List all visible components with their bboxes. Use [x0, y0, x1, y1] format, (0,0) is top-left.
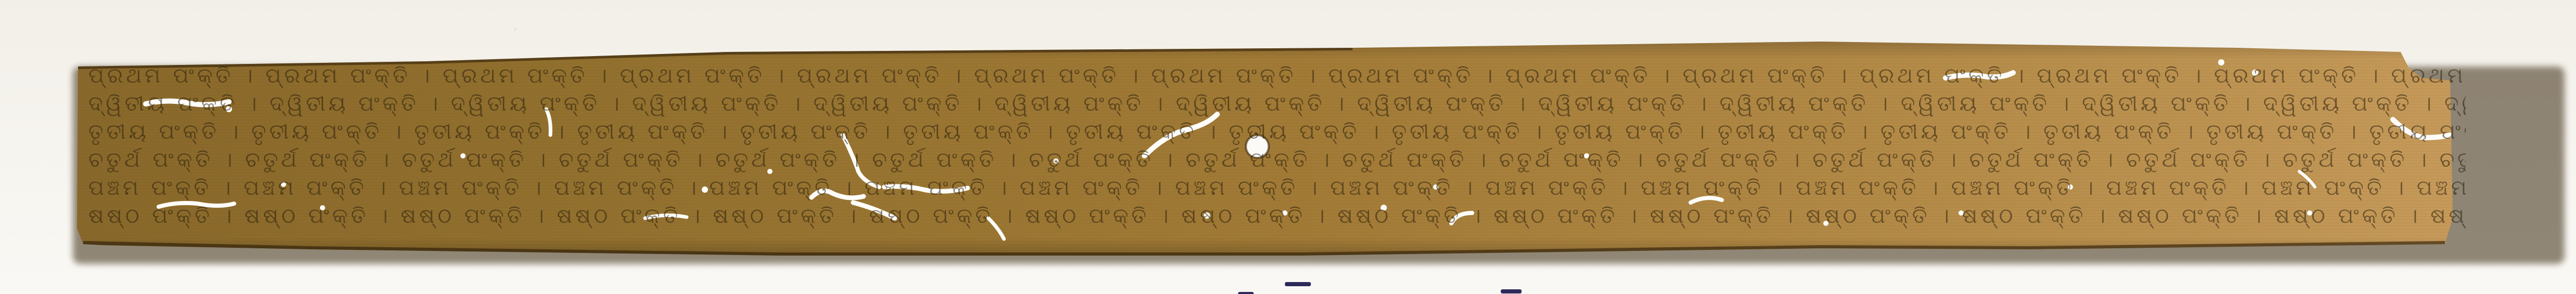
palm-leaf — [0, 0, 2576, 294]
manuscript-photo: Single long palm-leaf folio photographed… — [0, 0, 2576, 294]
